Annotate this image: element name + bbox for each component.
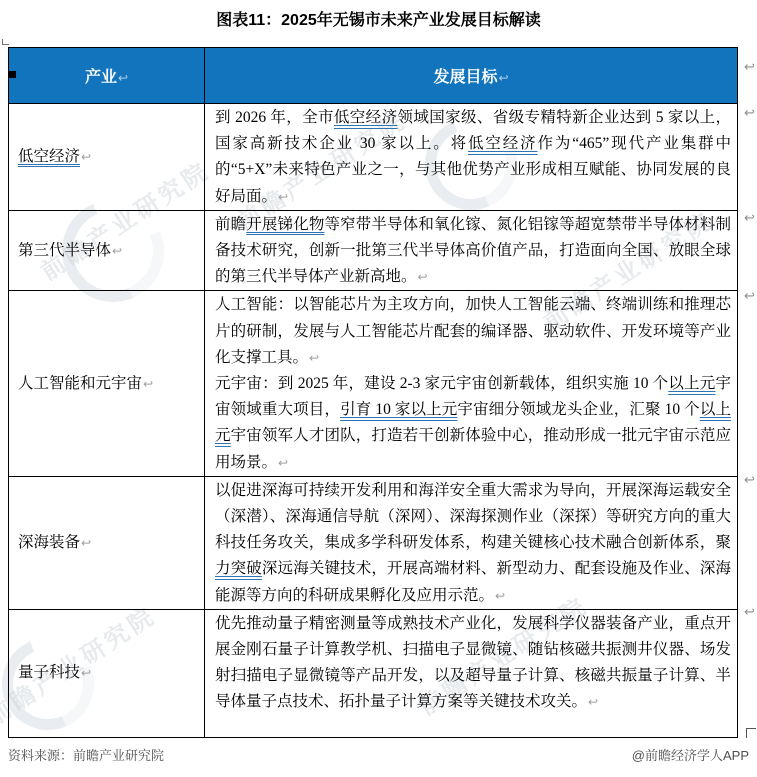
industry-goals-table: 产业↩ 发展目标↩ 低空经济↩ 到 2026 年，全市低空经济领域国家级、省级专…	[8, 47, 738, 738]
text-segment: 深海装备	[18, 534, 80, 551]
paragraph-mark-icon: ↩	[81, 536, 91, 550]
industry-cell: 人工智能和元宇宙↩	[9, 291, 205, 476]
table-row: 人工智能和元宇宙↩ 人工智能：以智能芯片为主攻方向，加快人工智能云端、终端训练和…	[9, 291, 738, 476]
goal-paragraph: 人工智能：以智能芯片为主攻方向，加快人工智能云端、终端训练和推理芯片的研制，发展…	[215, 292, 731, 371]
source-note: 资料来源：前瞻产业研究院	[8, 745, 164, 764]
goal-cell: 人工智能：以智能芯片为主攻方向，加快人工智能云端、终端训练和推理芯片的研制，发展…	[205, 291, 738, 476]
row-end-mark-icon: ↩	[744, 211, 755, 226]
header-row: 产业↩ 发展目标↩	[9, 48, 738, 104]
paragraph-mark-icon: ↩	[143, 377, 153, 391]
text-segment: 量子科技	[18, 664, 80, 681]
row-end-mark-icon: ↩	[744, 289, 755, 304]
goal-paragraph: 前瞻开展锑化物等窄带半导体和氧化镓、氮化铝镓等超宽禁带半导体材料制备技术研究，创…	[215, 212, 731, 291]
goal-paragraph: 到 2026 年，全市低空经济领域国家级、省级专精特新企业达到 5 家以上，国家…	[215, 105, 731, 210]
text-segment: 宇宙领军人才团队，打造若干创新体验中心，推动形成一批元宇宙示范应用场景。	[215, 427, 731, 470]
footer: 资料来源：前瞻产业研究院 @前瞻经济学人APP	[8, 745, 749, 764]
row-end-mark-icon: ↩	[744, 106, 755, 121]
row-end-mark-icon: ↩	[744, 605, 755, 620]
grammar-underlined-text: 以上元	[668, 375, 715, 392]
text-segment: 元宇宙：到 2025 年，建设 2-3 家元宇宙创新载体，组织实施 10 个	[215, 375, 668, 392]
grammar-underlined-text: 力突破	[215, 560, 262, 577]
text-segment: 宇宙细分领域龙头企业，汇聚 10 个	[457, 401, 699, 418]
chart-title: 图表11：2025年无锡市未来产业发展目标解读	[0, 10, 757, 32]
grammar-underlined-text: 低空经济	[468, 135, 538, 152]
credit-note: @前瞻经济学人APP	[632, 745, 749, 764]
goal-cell: 到 2026 年，全市低空经济领域国家级、省级专精特新企业达到 5 家以上，国家…	[205, 104, 738, 211]
goal-cell: 以促进深海可持续开发利用和海洋安全重大需求为导向，开展深海运载安全（深潜）、深海…	[205, 476, 738, 609]
paragraph-mark-icon: ↩	[278, 456, 288, 470]
goal-cell: 优先推动量子精密测量等成熟技术产业化，发展科学仪器装备产业，重点开展金刚石量子计…	[205, 609, 738, 737]
grammar-underlined-text: 低空经济	[334, 109, 398, 126]
table-row: 第三代半导体↩ 前瞻开展锑化物等窄带半导体和氧化镓、氮化铝镓等超宽禁带半导体材料…	[9, 210, 738, 291]
industry-cell: 量子科技↩	[9, 609, 205, 737]
paragraph-mark-icon: ↩	[495, 589, 505, 603]
goal-paragraph: 元宇宙：到 2025 年，建设 2-3 家元宇宙创新载体，组织实施 10 个以上…	[215, 371, 731, 476]
industry-cell: 低空经济↩	[9, 104, 205, 211]
paragraph-mark-icon: ↩	[278, 190, 288, 204]
paragraph-mark-icon: ↩	[118, 71, 128, 85]
paragraph-mark-icon: ↩	[498, 71, 508, 85]
grammar-underlined-text: 开展锑化物	[246, 216, 324, 233]
industry-cell: 深海装备↩	[9, 476, 205, 609]
header-cell-goals: 发展目标↩	[205, 48, 738, 104]
goal-cell: 前瞻开展锑化物等窄带半导体和氧化镓、氮化铝镓等超宽禁带半导体材料制备技术研究，创…	[205, 210, 738, 291]
text-segment: 人工智能：以智能芯片为主攻方向，加快人工智能云端、终端训练和推理芯片的研制，发展…	[215, 296, 731, 365]
header-label: 发展目标	[433, 69, 497, 86]
paragraph-mark-icon: ↩	[309, 351, 319, 365]
table-select-square-icon	[9, 71, 16, 78]
paragraph-mark-icon: ↩	[112, 244, 122, 258]
goal-paragraph: 以促进深海可持续开发利用和海洋安全重大需求为导向，开展深海运载安全（深潜）、深海…	[215, 478, 731, 609]
header-label: 产业	[85, 69, 117, 86]
text-segment: 深远海关键技术，开展高端材料、新型动力、配套设施及作业、深海能源等方向的科研成果…	[215, 560, 731, 603]
text-segment: 到 2026 年，全市	[215, 109, 334, 126]
grammar-underlined-text: 低空经济	[18, 148, 80, 165]
header-cell-industry: 产业↩	[9, 48, 205, 104]
row-end-mark-icon: ↩	[744, 60, 755, 75]
grammar-underlined-text: 引育 10 家以上元	[340, 401, 457, 418]
paragraph-mark-icon: ↩	[588, 695, 598, 709]
row-end-mark-icon: ↩	[744, 473, 755, 488]
paragraph-mark-icon: ↩	[81, 150, 91, 164]
text-segment: 优先推动量子精密测量等成熟技术产业化，发展科学仪器装备产业，重点开展金刚石量子计…	[215, 615, 731, 711]
paragraph-mark-icon: ↩	[81, 666, 91, 680]
text-segment: 第三代半导体	[18, 242, 111, 259]
page-corner-mark-icon	[2, 39, 9, 45]
text-segment: 以促进深海可持续开发利用和海洋安全重大需求为导向，开展深海运载安全（深潜）、深海…	[215, 482, 731, 551]
text-segment: 前瞻	[215, 216, 246, 233]
bookmark-bracket-icon	[746, 728, 756, 738]
text-segment: 人工智能和元宇宙	[18, 375, 142, 392]
paragraph-mark-icon: ↩	[418, 270, 428, 284]
industry-cell: 第三代半导体↩	[9, 210, 205, 291]
table-row: 深海装备↩ 以促进深海可持续开发利用和海洋安全重大需求为导向，开展深海运载安全（…	[9, 476, 738, 609]
goal-paragraph: 优先推动量子精密测量等成熟技术产业化，发展科学仪器装备产业，重点开展金刚石量子计…	[215, 611, 731, 716]
table-row: 量子科技↩ 优先推动量子精密测量等成熟技术产业化，发展科学仪器装备产业，重点开展…	[9, 609, 738, 737]
table-row: 低空经济↩ 到 2026 年，全市低空经济领域国家级、省级专精特新企业达到 5 …	[9, 104, 738, 211]
